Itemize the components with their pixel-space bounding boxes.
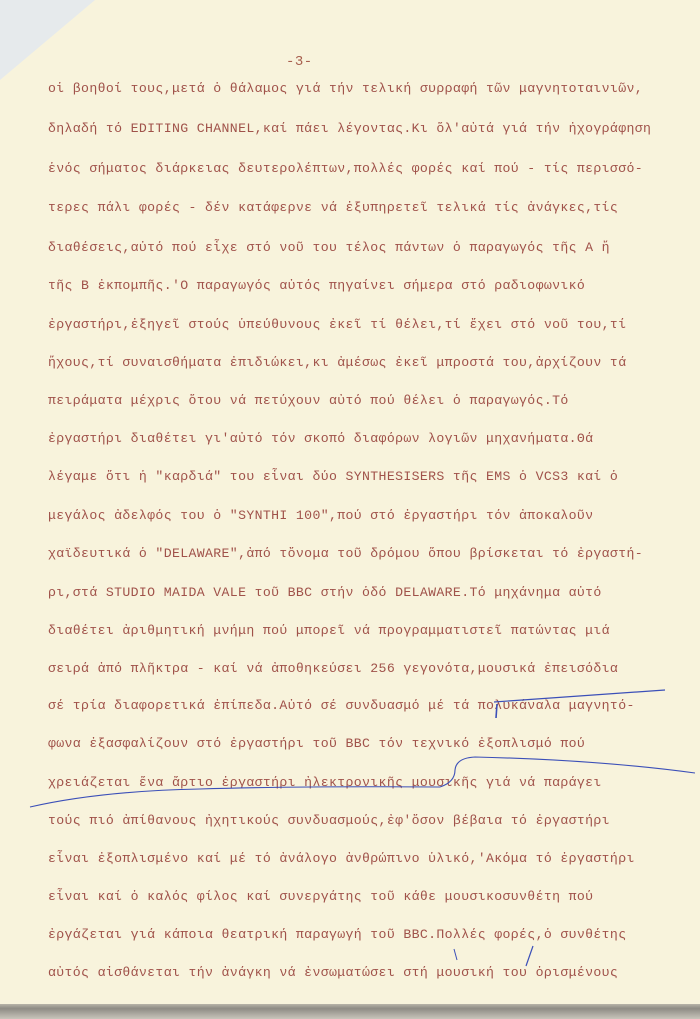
text-line: φωνα ἐξασφαλίζουν στό ἐργαστήρι τοῦ BBC … [48, 736, 585, 751]
text-line: αὐτός αἰσθάνεται τήν ἀνάγκη νά ἐνσωματώσ… [48, 965, 618, 980]
text-line: ἐργάζεται γιά κάποια θεατρική παραγωγή τ… [48, 927, 626, 942]
text-line: μεγάλος ἀδελφός του ὁ "SYNTHI 100",πού σ… [48, 508, 593, 523]
page-number: -3- [286, 54, 313, 70]
text-line: χρειάζεται ἕνα ἄρτιο ἐργαστήρι ἠλεκτρονι… [48, 775, 602, 790]
document-page: -3- οἱ βοηθοί τους,μετά ὁ θάλαμος γιά τή… [0, 0, 700, 1006]
text-line: τούς πιό ἀπίθανους ἠχητικούς συνδυασμούς… [48, 813, 610, 828]
text-line: τῆς Β ἐκπομπῆς.'Ο παραγωγός αὐτός πηγαίν… [48, 278, 585, 293]
text-line: δηλαδή τό EDITING CHANNEL,καί πάει λέγον… [48, 121, 651, 136]
text-line: εἶναι ἐξοπλισμένο καί μέ τό ἀνάλογο ἀνθρ… [48, 851, 635, 866]
text-line: ἑνός σήματος διάρκειας δευτερολέπτων,πολ… [48, 161, 643, 176]
text-line: τερες πάλι φορές - δέν κατάφερνε νά ἐξυπ… [48, 200, 618, 215]
text-line: διαθέσεις,αὐτό πού εἶχε στό νοῦ του τέλο… [48, 240, 610, 255]
page-bottom-edge [0, 1004, 700, 1019]
text-line: ἐργαστήρι,ἐξηγεῖ στούς ὑπεύθυνους ἐκεῖ τ… [48, 317, 626, 332]
text-line: οἱ βοηθοί τους,μετά ὁ θάλαμος γιά τήν τε… [48, 81, 643, 96]
text-line: χαϊδευτικά ὁ "DELAWARE",ἀπό τὄνομα τοῦ δ… [48, 546, 643, 561]
text-line: ἤχους,τί συναισθήματα ἐπιδιώκει,κι ἀμέσω… [48, 355, 626, 370]
text-line: σειρά ἀπό πλῆκτρα - καί νά ἀποθηκεύσει 2… [48, 661, 618, 676]
text-line: ρι,στά STUDIO MAIDA VALE τοῦ BBC στήν ὁδ… [48, 585, 602, 600]
text-line: πειράματα μέχρις ὅτου νά πετύχουν αὐτό π… [48, 393, 569, 408]
text-line: σέ τρία διαφορετικά ἐπίπεδα.Αὐτό σέ συνδ… [48, 698, 635, 713]
text-line: διαθέτει ἀριθμητική μνήμη πού μπορεῖ νά … [48, 623, 610, 638]
text-line: ἐργαστήρι διαθέτει γι'αὐτό τόν σκοπό δια… [48, 431, 593, 446]
text-line: λέγαμε ὅτι ἡ "καρδιά" του εἶναι δύο SYNT… [48, 469, 618, 484]
text-line: εἶναι καί ὁ καλός φίλος καί συνεργάτης τ… [48, 889, 593, 904]
